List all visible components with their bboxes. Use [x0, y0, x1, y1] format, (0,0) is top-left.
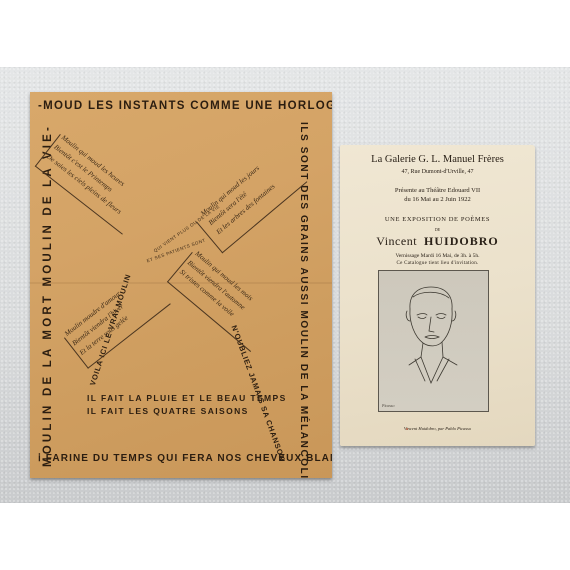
gallery-address: 47, Rue Dumont-d'Urville, 47 — [340, 169, 535, 175]
exhibition-dates: du 16 Mai au 2 Juin 1922 — [340, 196, 535, 203]
exhibition-title: UNE EXPOSITION DE POÈMES — [340, 216, 535, 223]
tick-mark: ⅰ — [38, 453, 46, 464]
invitation-note: Ce Catalogue tient lieu d'invitation. — [340, 261, 535, 266]
portrait-drawing-icon — [379, 271, 488, 411]
windmill-hub-circle-text: QUI VIENT PLUS OU DE LA VIE ET SES PATIE… — [143, 218, 193, 262]
paper-stain — [406, 428, 408, 430]
poem-border-bottom: ⅰ FARINE DU TEMPS QUI FERA NOS CHEVEUX B… — [38, 453, 332, 464]
portrait-sketch: Picasso — [378, 270, 489, 412]
poem-center-line-2: IL FAIT LES QUATRE SAISONS — [87, 406, 249, 416]
poem-border-top: -MOUD LES INSTANTS COMME UNE HORLOGE- — [38, 100, 332, 112]
de-connector: DE — [340, 227, 535, 232]
exhibition-catalogue: La Galerie G. L. Manuel Frères 47, Rue D… — [340, 145, 535, 446]
windmill-poem-sheet: -MOUD LES INSTANTS COMME UNE HORLOGE- IL… — [30, 92, 332, 478]
presents-line: Présente au Théâtre Edouard VII — [340, 187, 535, 194]
artist-name: Vincent HUIDOBRO — [340, 234, 535, 249]
picasso-signature: Picasso — [382, 403, 394, 408]
vernissage-info: Vernissage Mardi 16 Mai, de 3h. à 5h. — [340, 253, 535, 259]
portrait-caption: Vincent Huidobro, par Pablo Picasso — [340, 426, 535, 431]
gallery-name: La Galerie G. L. Manuel Frères — [340, 154, 535, 165]
